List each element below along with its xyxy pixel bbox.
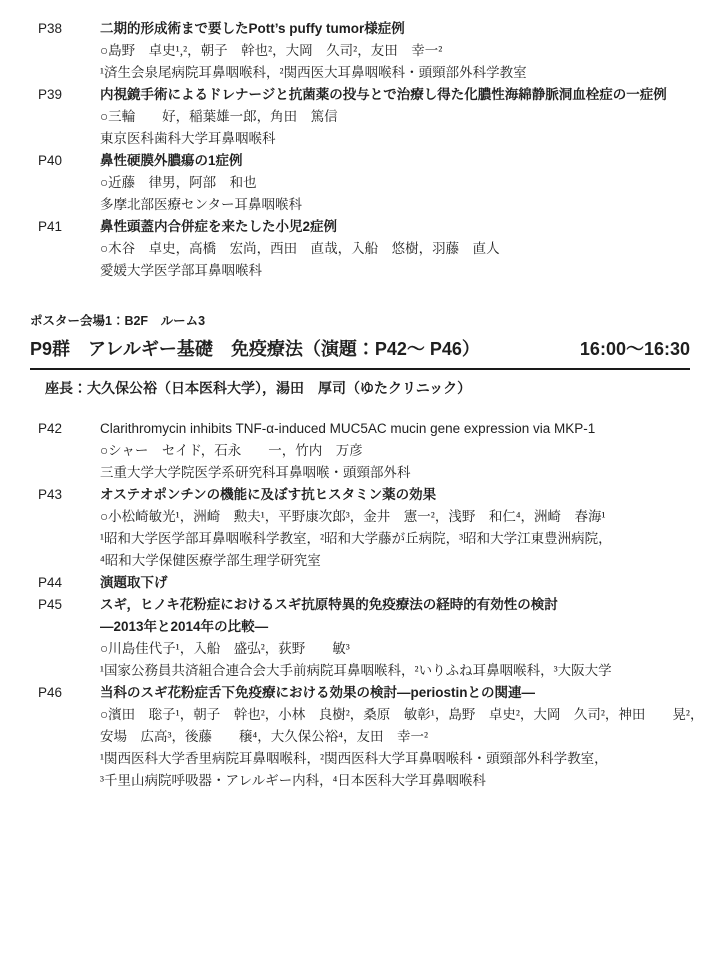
entry-title: 演題取下げ [100,572,690,594]
entry-affiliation: ¹国家公務員共済組合連合会大手前病院耳鼻咽喉科，²いりふね耳鼻咽喉科，³大阪大学 [100,660,690,682]
program-entries-top: P38二期的形成術まで要したPott’s puffy tumor様症例○島野 卓… [30,18,690,282]
entry-affiliation: 愛媛大学医学部耳鼻咽喉科 [100,260,690,282]
entry-number: P38 [38,18,100,40]
entry-affiliation: ⁴昭和大学保健医療学部生理学研究室 [100,550,690,572]
entry-lines: 鼻性硬膜外膿瘍の1症例○近藤 律男，阿部 和也多摩北部医療センター耳鼻咽喉科 [100,150,690,216]
entry-lines: 二期的形成術まで要したPott’s puffy tumor様症例○島野 卓史¹,… [100,18,690,84]
entry-affiliation: ¹済生会泉尾病院耳鼻咽喉科，²関西医大耳鼻咽喉科・頭頸部外科学教室 [100,62,690,84]
entry-number: P46 [38,682,100,704]
entry-number: P44 [38,572,100,594]
entry-number: P39 [38,84,100,106]
entry-authors: ○川島佳代子¹，入船 盛弘²，荻野 敏³ [100,638,690,660]
session-chairs: 座長：大久保公裕（日本医科大学），湯田 厚司（ゆたクリニック） [45,378,690,398]
program-entry: P46当科のスギ花粉症舌下免疫療における効果の検討―periostinとの関連―… [30,682,690,792]
entry-number: P45 [38,594,100,616]
entry-lines: 演題取下げ [100,572,690,594]
program-entry: P39内視鏡手術によるドレナージと抗菌薬の投与とで治療し得た化膿性海綿静脈洞血栓… [30,84,690,150]
program-entry: P38二期的形成術まで要したPott’s puffy tumor様症例○島野 卓… [30,18,690,84]
entry-title: 内視鏡手術によるドレナージと抗菌薬の投与とで治療し得た化膿性海綿静脈洞血栓症の一… [100,84,690,106]
program-entry: P40鼻性硬膜外膿瘍の1症例○近藤 律男，阿部 和也多摩北部医療センター耳鼻咽喉… [30,150,690,216]
entry-authors: ○三輪 好，稲葉雄一郎，角田 篤信 [100,106,690,128]
entry-lines: オステオポンチンの機能に及ぼす抗ヒスタミン薬の効果○小松崎敏光¹，洲崎 勲夫¹，… [100,484,690,572]
entry-title-latin: Clarithromycin inhibits TNF-α-induced MU… [100,418,690,440]
entry-affiliation: ³千里山病院呼吸器・アレルギー内科，⁴日本医科大学耳鼻咽喉科 [100,770,690,792]
program-entry: P41鼻性頭蓋内合併症を来たした小児2症例○木谷 卓史，高橋 宏尚，西田 直哉，… [30,216,690,282]
session-venue: ポスター会場1：B2F ルーム3 [30,312,690,331]
program-entry: P44演題取下げ [30,572,690,594]
entry-title: 当科のスギ花粉症舌下免疫療における効果の検討―periostinとの関連― [100,682,690,704]
entry-title: 鼻性頭蓋内合併症を来たした小児2症例 [100,216,690,238]
entry-affiliation: ¹関西医科大学香里病院耳鼻咽喉科，²関西医科大学耳鼻咽喉科・頭頸部外科学教室， [100,748,690,770]
entry-title: オステオポンチンの機能に及ぼす抗ヒスタミン薬の効果 [100,484,690,506]
entry-authors: 安場 広高³，後藤 穣⁴，大久保公裕⁴，友田 幸一² [100,726,690,748]
entry-authors: ○近藤 律男，阿部 和也 [100,172,690,194]
entry-authors: ○シャー セイド，石永 一，竹内 万彦 [100,440,690,462]
program-entry: P42Clarithromycin inhibits TNF-α-induced… [30,418,690,484]
entry-title: スギ，ヒノキ花粉症におけるスギ抗原特異的免疫療法の経時的有効性の検討 [100,594,690,616]
program-entries-bottom: P42Clarithromycin inhibits TNF-α-induced… [30,418,690,792]
session-header: ポスター会場1：B2F ルーム3 P9群 アレルギー基礎 免疫療法（演題：P42… [30,312,690,398]
entry-title: 鼻性硬膜外膿瘍の1症例 [100,150,690,172]
entry-affiliation: ¹昭和大学医学部耳鼻咽喉科学教室，²昭和大学藤が丘病院，³昭和大学江東豊洲病院， [100,528,690,550]
entry-lines: 内視鏡手術によるドレナージと抗菌薬の投与とで治療し得た化膿性海綿静脈洞血栓症の一… [100,84,690,150]
entry-number: P40 [38,150,100,172]
session-title-row: P9群 アレルギー基礎 免疫療法（演題：P42～ P46） 16:00～16:3… [30,335,690,370]
entry-affiliation: 東京医科歯科大学耳鼻咽喉科 [100,128,690,150]
entry-authors: ○濱田 聡子¹，朝子 幹也²，小林 良樹²，桑原 敏彰¹，島野 卓史²，大岡 久… [100,704,690,726]
entry-authors: ○木谷 卓史，高橋 宏尚，西田 直哉，入船 悠樹，羽藤 直人 [100,238,690,260]
entry-affiliation: 三重大学大学院医学系研究科耳鼻咽喉・頭頸部外科 [100,462,690,484]
entry-number: P41 [38,216,100,238]
entry-lines: Clarithromycin inhibits TNF-α-induced MU… [100,418,690,484]
entry-number: P42 [38,418,100,440]
entry-lines: 当科のスギ花粉症舌下免疫療における効果の検討―periostinとの関連―○濱田… [100,682,690,792]
entry-title: ―2013年と2014年の比較― [100,616,690,638]
program-entry: P43オステオポンチンの機能に及ぼす抗ヒスタミン薬の効果○小松崎敏光¹，洲崎 勲… [30,484,690,572]
entry-affiliation: 多摩北部医療センター耳鼻咽喉科 [100,194,690,216]
session-time: 16:00～16:30 [580,335,690,361]
program-page: P38二期的形成術まで要したPott’s puffy tumor様症例○島野 卓… [0,0,718,966]
entry-authors: ○小松崎敏光¹，洲崎 勲夫¹，平野康次郎³，金井 憲一²，浅野 和仁⁴，洲崎 春… [100,506,690,528]
session-group-title: P9群 アレルギー基礎 免疫療法（演題：P42～ P46） [30,335,480,361]
entry-lines: 鼻性頭蓋内合併症を来たした小児2症例○木谷 卓史，高橋 宏尚，西田 直哉，入船 … [100,216,690,282]
program-entry: P45スギ，ヒノキ花粉症におけるスギ抗原特異的免疫療法の経時的有効性の検討―20… [30,594,690,682]
entry-title: 二期的形成術まで要したPott’s puffy tumor様症例 [100,18,690,40]
entry-lines: スギ，ヒノキ花粉症におけるスギ抗原特異的免疫療法の経時的有効性の検討―2013年… [100,594,690,682]
entry-number: P43 [38,484,100,506]
entry-authors: ○島野 卓史¹,²，朝子 幹也²，大岡 久司²，友田 幸一² [100,40,690,62]
